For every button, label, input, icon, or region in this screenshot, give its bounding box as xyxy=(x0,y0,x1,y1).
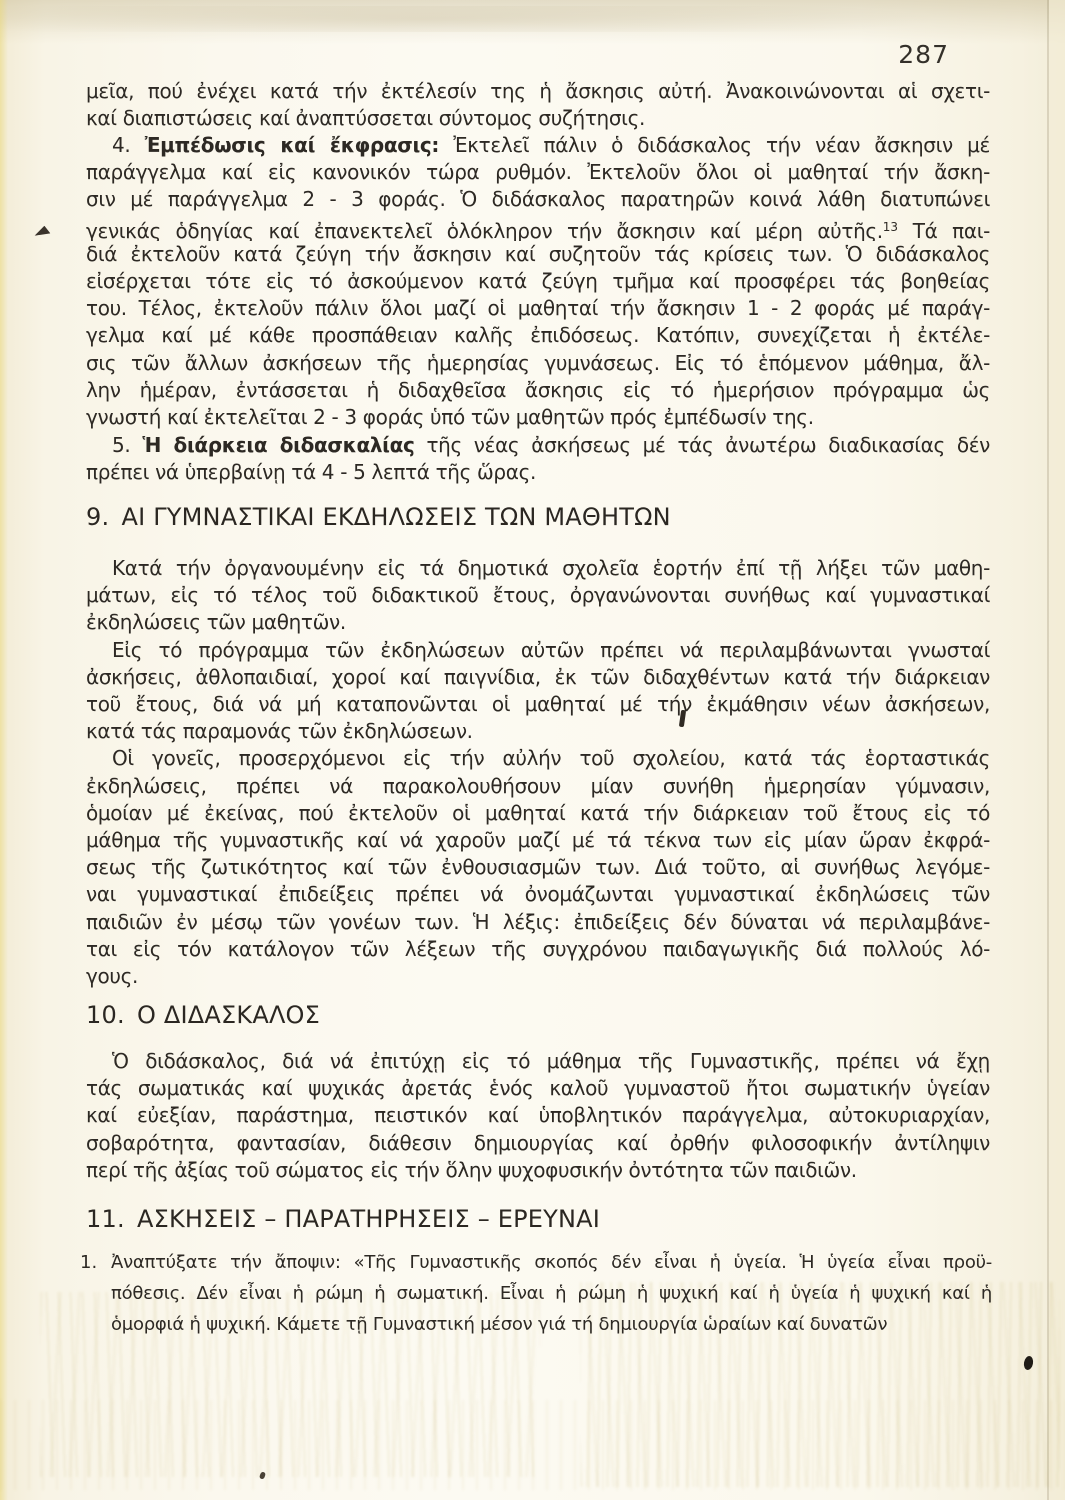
text-line: ἐκδηλώσεις, πρέπει νά παρακολουθήσουν μί… xyxy=(86,773,990,800)
exercise-1: 1.Ἀναπτύξατε τήν ἄποψιν: «Τῆς Γυμναστικῆ… xyxy=(80,1247,992,1340)
para-9-2: Εἰς τό πρόγραμμα τῶν ἐκδηλώσεων αὐτῶν πρ… xyxy=(86,637,990,746)
text-run: 5. xyxy=(112,433,142,457)
heading-10: 10. Ο ΔΙΔΑΣΚΑΛΟΣ xyxy=(86,1001,990,1029)
text-line: ὁμορφιά ἡ ψυχική. Κάμετε τῇ Γυμναστική μ… xyxy=(111,1309,992,1340)
text-line: του. Τέλος, ἐκτελοῦν πάλιν ὅλοι μαζί οἱ … xyxy=(86,295,990,322)
text-line: ναι γυμναστικαί ἐπιδείξεις πρέπει νά ὀνο… xyxy=(86,881,990,908)
scan-left-edge-tint xyxy=(0,0,8,1500)
para-step-4: 4. Ἐμπέδωσις καί ἔκφρασις: Ἐκτελεῖ πάλιν… xyxy=(86,132,990,431)
bold-run: Ἐμπέδωσις καί ἔκφρασις: xyxy=(145,133,439,157)
text-line: εἰσέρχεται τότε εἰς τό ἀσκούμενον κατά ζ… xyxy=(86,268,990,295)
text-line: μάτων, εἰς τό τέλος τοῦ διδακτικοῦ ἔτους… xyxy=(86,582,990,609)
page-number: 287 xyxy=(898,40,949,69)
scan-top-shadow-inner xyxy=(0,6,1065,32)
text-line: γνωστή καί ἐκτελεῖται 2 - 3 φοράς ὑπό τῶ… xyxy=(86,404,990,431)
text-line: γους. xyxy=(86,963,990,990)
heading-9: 9. ΑΙ ΓΥΜΝΑΣΤΙΚΑΙ ΕΚΔΗΛΩΣΕΙΣ ΤΩΝ ΜΑΘΗΤΩΝ xyxy=(86,503,990,531)
heading-11: 11. ΑΣΚΗΣΕΙΣ – ΠΑΡΑΤΗΡΗΣΕΙΣ – ΕΡΕΥΝΑΙ xyxy=(86,1205,990,1233)
para-10-1: Ὁ διδάσκαλος, διά νά ἐπιτύχῃ εἰς τό μάθη… xyxy=(86,1048,990,1184)
text-line: γενικάς ὁδηγίας καί ἐπανεκτελεῖ ὁλόκληρο… xyxy=(86,214,990,241)
para-step-5: 5. Ἡ διάρκεια διδασκαλίας τῆς νέας ἀσκήσ… xyxy=(86,432,990,486)
ink-wedge-mark xyxy=(34,225,51,236)
bleedthrough-smudge xyxy=(0,1400,1065,1490)
text-line: πόθεσις. Δέν εἶναι ἡ ρώμη ἡ σωματική. Εἶ… xyxy=(111,1278,992,1309)
text-line: 4. Ἐμπέδωσις καί ἔκφρασις: Ἐκτελεῖ πάλιν… xyxy=(86,132,990,159)
text-line: ὁμοίαν μέ ἐκείνας, πού ἐκτελοῦν οἱ μαθητ… xyxy=(86,800,990,827)
text-run: τῆς νέας ἀσκήσεως μέ τάς ἀνωτέρω διαδικα… xyxy=(415,433,990,457)
text-line: Ἀναπτύξατε τήν ἄποψιν: «Τῆς Γυμναστικῆς … xyxy=(111,1247,992,1278)
text-line: παιδιῶν ἐν μέσῳ τῶν γονέων των. Ἡ λέξις:… xyxy=(86,909,990,936)
text-line: σιν μέ παράγγελμα 2 - 3 φοράς. Ὁ διδάσκα… xyxy=(86,186,990,213)
text-line: σεως τῆς ζωτικότητος καί τῶν ἐνθουσιασμῶ… xyxy=(86,854,990,881)
list-item-number: 1. xyxy=(80,1247,97,1278)
text-line: μάθημα τῆς γυμναστικῆς καί νά χαροῦν μαζ… xyxy=(86,827,990,854)
text-run: γενικάς ὁδηγίας καί ἐπανεκτελεῖ ὁλόκληρο… xyxy=(86,219,883,241)
text-line: ται εἰς τόν κατάλογον τῶν λέξεων τῆς συγ… xyxy=(86,936,990,963)
text-line: περί τῆς ἀξίας τοῦ σώματος εἰς τήν ὅλην … xyxy=(86,1157,990,1184)
text-line: ἐκδηλώσεις τῶν μαθητῶν. xyxy=(86,609,990,636)
text-line: Ὁ διδάσκαλος, διά νά ἐπιτύχῃ εἰς τό μάθη… xyxy=(86,1048,990,1075)
text-run: Τά παι- xyxy=(898,219,990,241)
text-line: τοῦ ἔτους, διά νά μή καταπονῶνται οἱ μαθ… xyxy=(86,691,990,718)
text-line: Κατά τήν ὀργανουμένην εἰς τά δημοτικά σχ… xyxy=(86,555,990,582)
para-continuation: μεῖα, πού ἐνέχει κατά τήν ἐκτέλεσίν της … xyxy=(86,78,990,132)
text-line: καί εὐεξίαν, παράστημα, πειστικόν καί ὑπ… xyxy=(86,1102,990,1129)
text-line: μεῖα, πού ἐνέχει κατά τήν ἐκτέλεσίν της … xyxy=(86,78,990,105)
scan-right-edge-tint xyxy=(1049,0,1065,1500)
text-line: 5. Ἡ διάρκεια διδασκαλίας τῆς νέας ἀσκήσ… xyxy=(86,432,990,459)
text-line: ἀσκήσεις, ἀθλοπαιδιαί, χοροί καί παιγνίδ… xyxy=(86,664,990,691)
text-line: γελμα καί μέ κάθε προσπάθειαν καλῆς ἐπιδ… xyxy=(86,322,990,349)
text-line: διά ἐκτελοῦν κατά ζεύγη τήν ἄσκησιν καί … xyxy=(86,241,990,268)
text-line: Οἱ γονεῖς, προσερχόμενοι εἰς τήν αὐλήν τ… xyxy=(86,745,990,772)
text-line: τάς σωματικάς καί ψυχικάς ἀρετάς ἑνός κα… xyxy=(86,1075,990,1102)
text-run: Ἐκτελεῖ πάλιν ὁ διδάσκαλος τήν νέαν ἄσκη… xyxy=(439,133,990,157)
text-run: 4. xyxy=(112,133,145,157)
text-line: σοβαρότητα, φαντασίαν, διάθεσιν δημιουργ… xyxy=(86,1130,990,1157)
footnote-reference: 13 xyxy=(883,220,898,234)
text-line: Εἰς τό πρόγραμμα τῶν ἐκδηλώσεων αὐτῶν πρ… xyxy=(86,637,990,664)
para-9-3: Οἱ γονεῖς, προσερχόμενοι εἰς τήν αὐλήν τ… xyxy=(86,745,990,990)
text-line: λην ἡμέραν, ἐντάσσεται ἡ διδαχθεῖσα ἄσκη… xyxy=(86,377,990,404)
text-line: καί διαπιστώσεις καί ἀναπτύσσεται σύντομ… xyxy=(86,105,990,132)
bold-run: Ἡ διάρκεια διδασκαλίας xyxy=(142,433,414,457)
text-line: παράγγελμα καί εἰς κανονικόν τώρα ρυθμόν… xyxy=(86,159,990,186)
scanned-book-page: 287 μεῖα, πού ἐνέχει κατά τήν ἐκτέλεσίν … xyxy=(0,0,1065,1500)
text-line: σις τῶν ἄλλων ἀσκήσεων τῆς ἡμερησίας γυμ… xyxy=(86,350,990,377)
para-9-1: Κατά τήν ὀργανουμένην εἰς τά δημοτικά σχ… xyxy=(86,555,990,637)
text-line: κατά τάς παραμονάς τῶν ἐκδηλώσεων. xyxy=(86,718,990,745)
text-line: πρέπει νά ὑπερβαίνῃ τά 4 - 5 λεπτά τῆς ὥ… xyxy=(86,459,990,486)
